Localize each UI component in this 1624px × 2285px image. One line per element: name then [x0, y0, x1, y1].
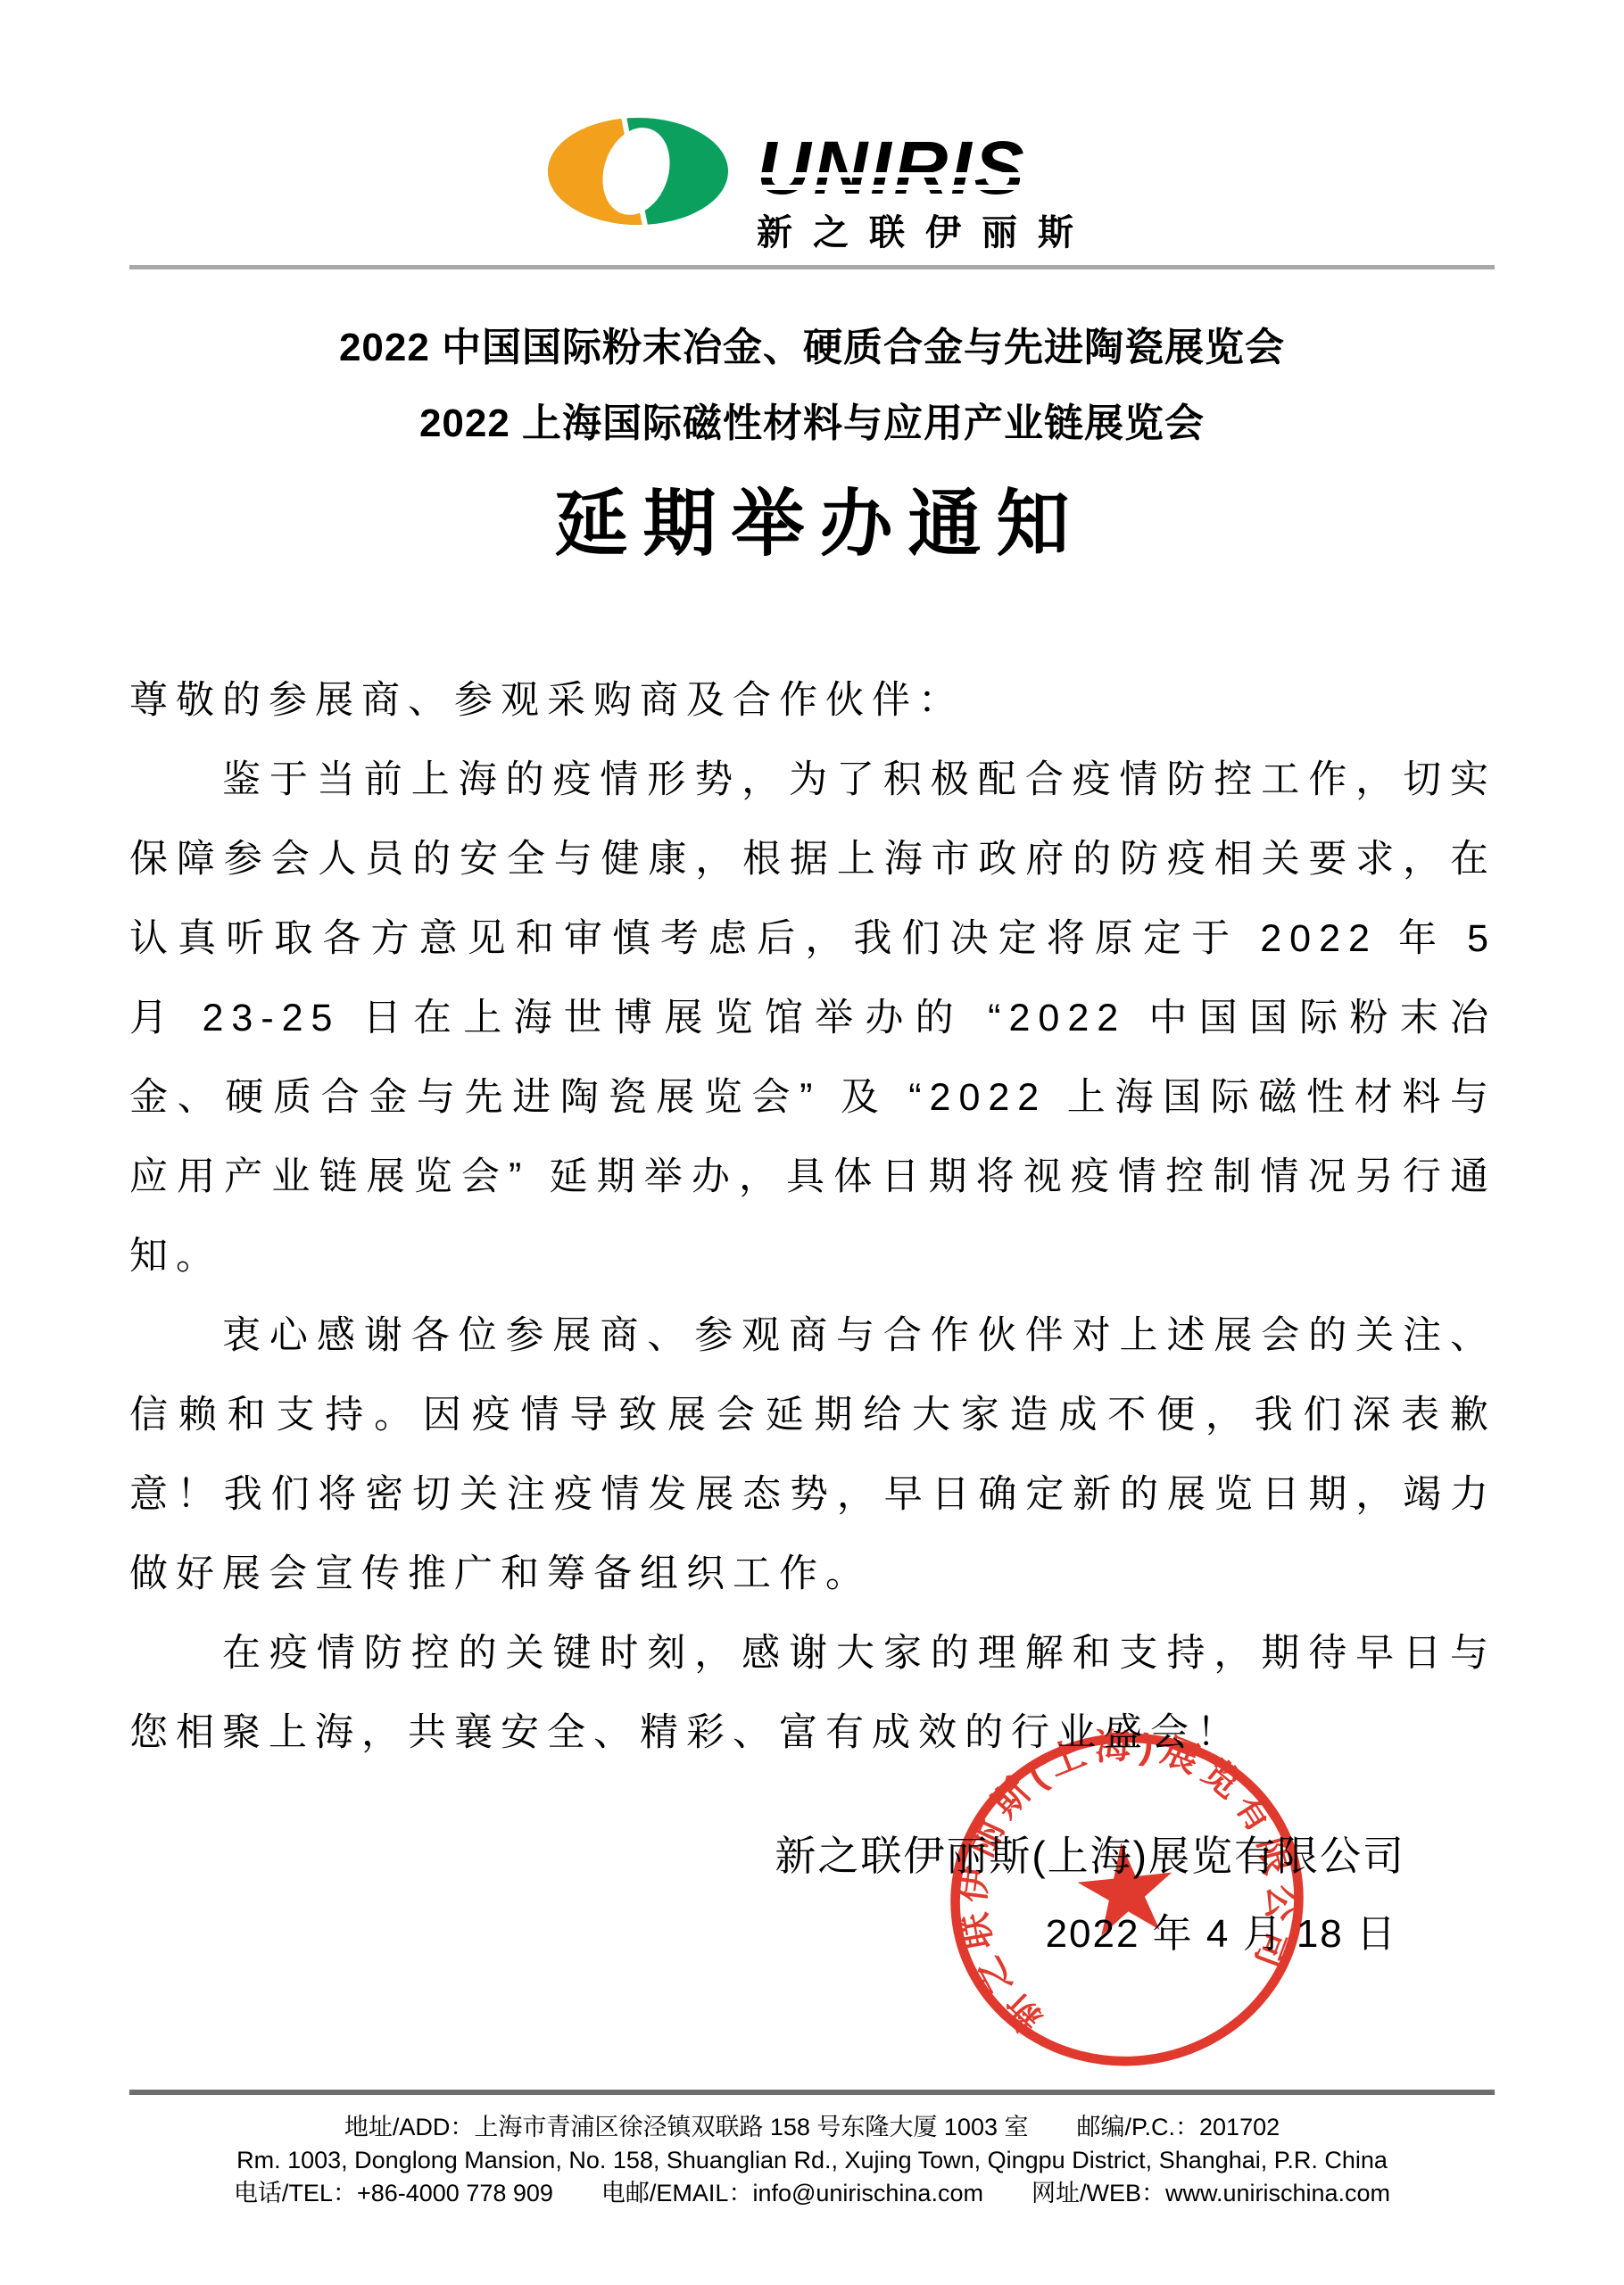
event-title-line1: 2022 中国国际粉末冶金、硬质合金与先进陶瓷展览会 [0, 325, 1624, 371]
wordmark-stripe [750, 197, 1135, 203]
paragraph-2: 衷心感谢各位参展商、参观商与合作伙伴对上述展会的关注、信赖和支持。因疫情导致展会… [129, 1296, 1496, 1614]
paragraph-1: 鉴于当前上海的疫情形势，为了积极配合疫情防控工作，切实保障参会人员的安全与健康，… [129, 741, 1496, 1296]
footer-address-english-line: Rm. 1003, Donglong Mansion, No. 158, Shu… [0, 2144, 1624, 2177]
uniris-logo-icon [546, 116, 730, 227]
footer-address-line: 地址/ADD：上海市青浦区徐泾镇双联路 158 号东隆大厦 1003 室 邮编/… [0, 2111, 1624, 2144]
seal-star-icon [1074, 1838, 1178, 1938]
event-title-line2: 2022 上海国际磁性材料与应用产业链展览会 [0, 401, 1624, 447]
footer-divider [129, 2090, 1495, 2095]
wordmark-stripe [750, 185, 1135, 190]
company-seal-stamp: 新之联伊丽斯(上海)展览有限公司 [925, 1707, 1329, 2091]
header-divider [129, 265, 1495, 269]
brand-wordmark: UNIRIS [757, 128, 1114, 208]
salutation: 尊敬的参展商、参观采购商及合作伙伴： [129, 661, 1496, 741]
notice-body: 尊敬的参展商、参观采购商及合作伙伴： 鉴于当前上海的疫情形势，为了积极配合疫情防… [129, 661, 1496, 1773]
footer-block: 地址/ADD：上海市青浦区徐泾镇双联路 158 号东隆大厦 1003 室 邮编/… [0, 2111, 1624, 2210]
wordmark-stripe [750, 172, 1135, 178]
footer-contact-line: 电话/TEL：+86-4000 778 909 电邮/EMAIL：info@un… [0, 2177, 1624, 2210]
brand-block: UNIRIS 新之联伊丽斯 [757, 128, 1114, 253]
notice-main-title: 延期举办通知 [0, 482, 1624, 567]
document-page: UNIRIS 新之联伊丽斯 2022 中国国际粉末冶金、硬质合金与先进陶瓷展览会… [0, 0, 1624, 2285]
brand-chinese-name: 新之联伊丽斯 [757, 212, 1114, 253]
